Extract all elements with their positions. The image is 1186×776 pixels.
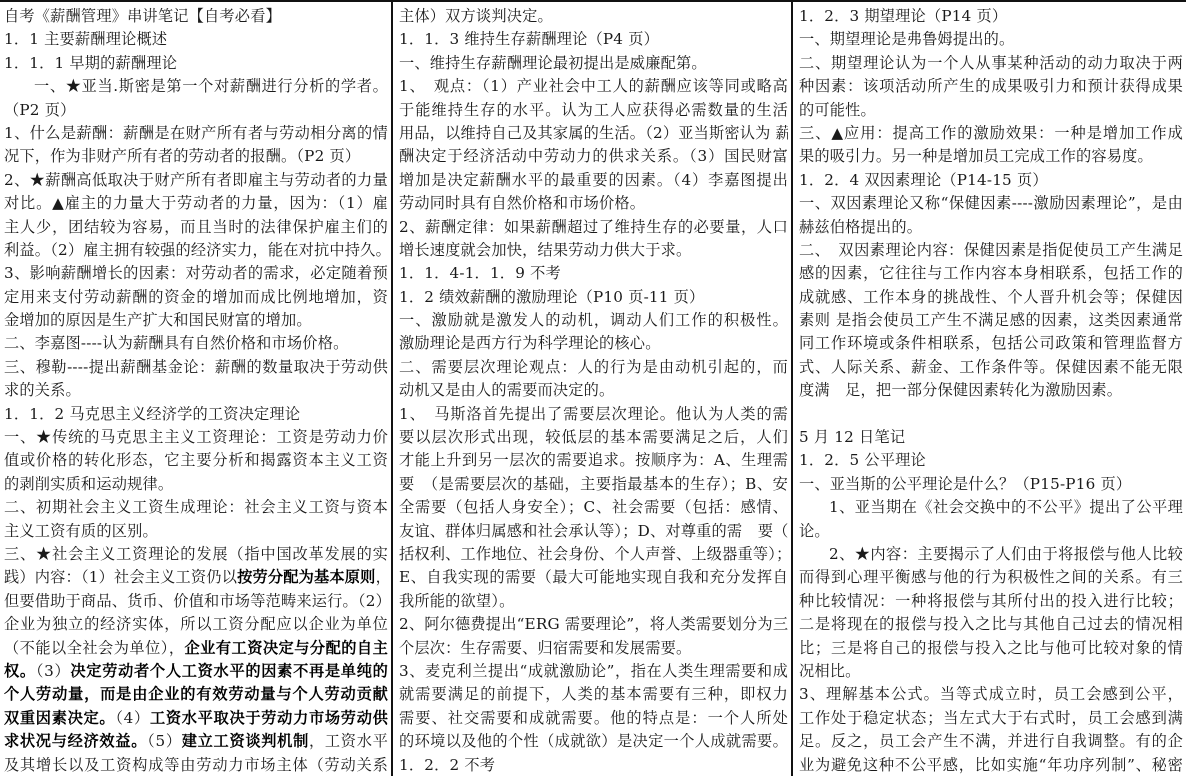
text-line: 二、初期社会主义工资生成理论：社会主义工资与资本 — [4, 496, 388, 519]
text-line: 1、 观点：（1）产业社会中工人的薪酬应该等同或略高 — [399, 75, 788, 98]
text-line: 1．1．1 早期的薪酬理论 — [4, 52, 388, 75]
text-line: 1．1．3 维持生存薪酬理论（P4 页） — [399, 28, 788, 51]
text-line: 二是将现在的报偿与投入之比与其他自己过去的情况相 — [799, 613, 1183, 636]
text-line: 1．1 主要薪酬理论概述 — [4, 28, 388, 51]
column-left: 自考《薪酬管理》串讲笔记【自考必看】1．1 主要薪酬理论概述1．1．1 早期的薪… — [0, 2, 393, 776]
column-middle: 主体）双方谈判决定。1．1．3 维持生存薪酬理论（P4 页）一、维持生存薪酬理论… — [393, 2, 793, 776]
text-line: 2、★薪酬高低取决于财产所有者即雇主与劳动者的力量 — [4, 169, 388, 192]
text-segment: ，工资水平 — [309, 732, 388, 750]
text-line: 而得到心理平衡感与他的行为积极性之间的关系。有三 — [799, 566, 1183, 589]
text-line: 个层次：生存需要、归宿需要和发展需要。 — [399, 637, 788, 660]
text-line: 要以层次形式出现，较低层的基本需要满足之后，人们 — [399, 426, 788, 449]
text-line: 3、麦克利兰提出“成就激励论”，指在人类生理需要和成 — [399, 660, 788, 683]
bold-text-segment: 建立工资谈判机制 — [182, 732, 309, 750]
text-line: 的环境以及他的个性（成就欲）是决定一个人成就需要。 — [399, 730, 788, 753]
text-line: 的可能性。 — [799, 99, 1183, 122]
text-line: 要 （是需要层次的基础，主要指最基本的生存）；B、安 — [399, 473, 788, 496]
text-line: （P2 页） — [4, 99, 388, 122]
text-line: 一、亚当斯的公平理论是什么？（P15-P16 页） — [799, 473, 1183, 496]
text-line: 种因素：该项活动所产生的成果吸引力和预计获得成果 — [799, 75, 1183, 98]
text-segment: （4） — [115, 709, 150, 727]
text-segment: 践）内容：（1）社会主义工资仍以 — [4, 568, 237, 586]
text-line: 1．1．2 马克思主义经济学的工资决定理论 — [4, 403, 388, 426]
text-line: 赫兹伯格提出的。 — [799, 216, 1183, 239]
text-line: （不能以全社会为单位），企业有工资决定与分配的自主 — [4, 637, 388, 660]
text-line: 5 月 12 日笔记 — [799, 426, 1183, 449]
text-line: 主义工资有质的区别。 — [4, 520, 388, 543]
text-segment: （3） — [36, 662, 71, 680]
text-line: 二、李嘉图----认为薪酬具有自然价格和市场价格。 — [4, 332, 388, 355]
text-line: 况下，作为非财产所有者的劳动者的报酬。（P2 页） — [4, 145, 388, 168]
text-line: 1．2．2 不考 — [399, 754, 788, 776]
bold-text-segment: 工资水平取决于劳动力市场劳动供 — [150, 709, 388, 727]
text-line: 1．2 绩效薪酬的激励理论（P10 页-11 页） — [399, 286, 788, 309]
text-line: 二、期望理论认为一个人从事某种活动的动力取决于两 — [799, 52, 1183, 75]
text-line: 括权利、工作地位、社会身份、个人声誉、上级器重等）； — [399, 543, 788, 566]
text-line: 同工作环境或条件相联系，包括公司政策和管理监督方 — [799, 332, 1183, 355]
text-line: 个人劳动量，而是由企业的有效劳动量与个人劳动贡献 — [4, 683, 388, 706]
text-line: 对比。▲雇主的力量大于劳动者的力量，因为：（1）雇 — [4, 192, 388, 215]
text-line: 3、理解基本公式。当等式成立时，员工会感到公平， — [799, 683, 1183, 706]
text-line: 劳动同时具有自然价格和市场价格。 — [399, 192, 788, 215]
text-segment: ， — [376, 568, 388, 586]
text-line: 2、阿尔德费提出“ERG 需要理论”，将人类需要划分为三 — [399, 613, 788, 636]
text-line: 双重因素决定。（4）工资水平取决于劳动力市场劳动供 — [4, 707, 388, 730]
text-line: 式、人际关系、薪金、工作条件等。保健因素不能无限 — [799, 356, 1183, 379]
bold-text-segment: 企业有工资决定与分配的自主 — [185, 639, 388, 657]
text-line: 2、★内容：主要揭示了人们由于将报偿与他人比较 — [799, 543, 1183, 566]
text-segment: （5） — [147, 732, 182, 750]
text-line: 友谊、群体归属感和社会承认等）；D、对尊重的需 要（包 — [399, 520, 788, 543]
text-line: 感的因素，它往往与工作内容本身相联系，包括工作的 — [799, 262, 1183, 285]
text-line: 二、需要层次理论观点：人的行为是由动机引起的，而 — [399, 356, 788, 379]
text-line: 一、★亚当.斯密是第一个对薪酬进行分析的学者。 — [4, 75, 388, 98]
text-line: 况相比。 — [799, 660, 1183, 683]
text-line: 值或价格的转化形态，它主要分析和揭露资本主义工资 — [4, 449, 388, 472]
bold-text-segment: 个人劳动量，而是由企业的有效劳动量与个人劳动贡献 — [4, 685, 388, 703]
text-line: 3、影响薪酬增长的因素：对劳动者的需求，必定随着预 — [4, 262, 388, 285]
text-line: 种比较情况：一种将报偿与其所付出的投入进行比较； — [799, 590, 1183, 613]
text-line: 三、★社会主义工资理论的发展（指中国改革发展的实 — [4, 543, 388, 566]
text-line: 二、 双因素理论内容：保健因素是指促使员工产生满足 — [799, 239, 1183, 262]
text-line: 用品，以维持自己及其家属的生活。（2）亚当斯密认为 薪 — [399, 122, 788, 145]
text-line: 及其增长以及工资构成等由劳动力市场主体（劳动关系 — [4, 754, 388, 776]
text-line — [799, 403, 1183, 426]
text-line: 利益。（2）雇主拥有较强的经济实力，能在对抗中持久。 — [4, 239, 388, 262]
text-line: 权。（3）决定劳动者个人工资水平的因素不再是单纯的 — [4, 660, 388, 683]
text-line: 求的关系。 — [4, 379, 388, 402]
text-line: 增加是决定薪酬水平的最重要的因素。（4）李嘉图提出 — [399, 169, 788, 192]
text-line: 一、双因素理论又称“保健因素----激励因素理论”，是由 — [799, 192, 1183, 215]
text-line: E、自我实现的需要（最大可能地实现自我和充分发挥自 — [399, 566, 788, 589]
text-line: 三、▲应用：提高工作的激励效果：一种是增加工作成 — [799, 122, 1183, 145]
text-line: 一、激励就是激发人的动机，调动人们工作的积极性。 — [399, 309, 788, 332]
text-line: 才能上升到另一层次的需要追求。按顺序为：A、生理需 — [399, 449, 788, 472]
text-line: 比；三是将自己的报偿与投入之比与他可比较对象的情 — [799, 637, 1183, 660]
text-line: 三、穆勒----提出薪酬基金论：薪酬的数量取决于劳动供 — [4, 356, 388, 379]
text-line: 需要、社交需要和成就需要。他的特点是：一个人所处 — [399, 707, 788, 730]
text-line: 1．1．4-1．1．9 不考 — [399, 262, 788, 285]
text-line: 但要借助于商品、货币、价值和市场等范畴来运行。（2） — [4, 590, 388, 613]
text-line: 2、薪酬定律：如果薪酬超过了维持生存的必要量，人口 — [399, 216, 788, 239]
text-line: 1、 马斯洛首先提出了需要层次理论。他认为人类的需 — [399, 403, 788, 426]
text-line: 自考《薪酬管理》串讲笔记【自考必看】 — [4, 5, 388, 28]
text-line: 金增加的原因是生产扩大和国民财富的增加。 — [4, 309, 388, 332]
text-line: 企业为独立的经济实体，所以工资分配应以企业为单位 — [4, 613, 388, 636]
text-line: 酬决定于经济活动中劳动力的供求关系。（3）国民财富 — [399, 145, 788, 168]
text-line: 增长速度就会加快，结果劳动力供大于求。 — [399, 239, 788, 262]
text-line: 果的吸引力。另一种是增加员工完成工作的容易度。 — [799, 145, 1183, 168]
text-line: 足。反之，员工会产生不满，并进行自我调整。有的企 — [799, 730, 1183, 753]
text-line: 我所能的欲望）。 — [399, 590, 788, 613]
text-line: 的剥削实质和运动规律。 — [4, 473, 388, 496]
text-segment: （不能以全社会为单位）， — [4, 639, 185, 657]
text-line: 1．2．5 公平理论 — [799, 449, 1183, 472]
bold-text-segment: 双重因素决定。 — [4, 709, 115, 727]
text-line: 论。 — [799, 520, 1183, 543]
bold-text-segment: 决定劳动者个人工资水平的因素不再是单纯的 — [70, 662, 388, 680]
text-line: 激励理论是西方行为科学理论的核心。 — [399, 332, 788, 355]
text-line: 1．2．4 双因素理论（P14-15 页） — [799, 169, 1183, 192]
text-line: 动机又是由人的需要而决定的。 — [399, 379, 788, 402]
column-right: 1．2．3 期望理论（P14 页）一、期望理论是弗鲁姆提出的。二、期望理论认为一… — [793, 2, 1186, 776]
text-line: 工作处于稳定状态；当左式大于右式时，员工会感到满 — [799, 707, 1183, 730]
text-line: 1、亚当期在《社会交换中的不公平》提出了公平理 — [799, 496, 1183, 519]
text-line: 主人少，团结较为容易，而且当时的法律保护雇主们的 — [4, 216, 388, 239]
bold-text-segment: 权。 — [4, 662, 36, 680]
text-line: 求状况与经济效益。（5）建立工资谈判机制，工资水平 — [4, 730, 388, 753]
text-line: 主体）双方谈判决定。 — [399, 5, 788, 28]
text-line: 业为避免这种不公平感，比如实施“年功序列制”、秘密 — [799, 754, 1183, 776]
text-line: 成就感、工作本身的挑战性、个人晋升机会等；保健因 — [799, 286, 1183, 309]
text-line: 就需要满足的前提下，人类的基本需要有三种，即权力 — [399, 683, 788, 706]
text-line: 于能维持生存的水平。认为工人应获得必需数量的生活 — [399, 99, 788, 122]
text-line: 一、维持生存薪酬理论最初提出是威廉配第。 — [399, 52, 788, 75]
text-line: 全需要（包括人身安全）；C、社会需要（包括：感情、 — [399, 496, 788, 519]
document-page: 自考《薪酬管理》串讲笔记【自考必看】1．1 主要薪酬理论概述1．1．1 早期的薪… — [0, 0, 1186, 776]
text-line: 一、期望理论是弗鲁姆提出的。 — [799, 28, 1183, 51]
bold-text-segment: 求状况与经济效益。 — [4, 732, 147, 750]
text-line: 一、★传统的马克思主主义工资理论：工资是劳动力价 — [4, 426, 388, 449]
text-line: 度满 足，把一部分保健因素转化为激励因素。 — [799, 379, 1183, 402]
text-line: 素则 是指会使员工产生不满足感的因素，这类因素通常 — [799, 309, 1183, 332]
bold-text-segment: 按劳分配为基本原则 — [237, 568, 376, 586]
text-line: 定用来支付劳动薪酬的资金的增加而成比例地增加，资 — [4, 286, 388, 309]
text-line: 1．2．3 期望理论（P14 页） — [799, 5, 1183, 28]
text-line: 践）内容：（1）社会主义工资仍以按劳分配为基本原则， — [4, 566, 388, 589]
text-line: 1、什么是薪酬：薪酬是在财产所有者与劳动相分离的情 — [4, 122, 388, 145]
